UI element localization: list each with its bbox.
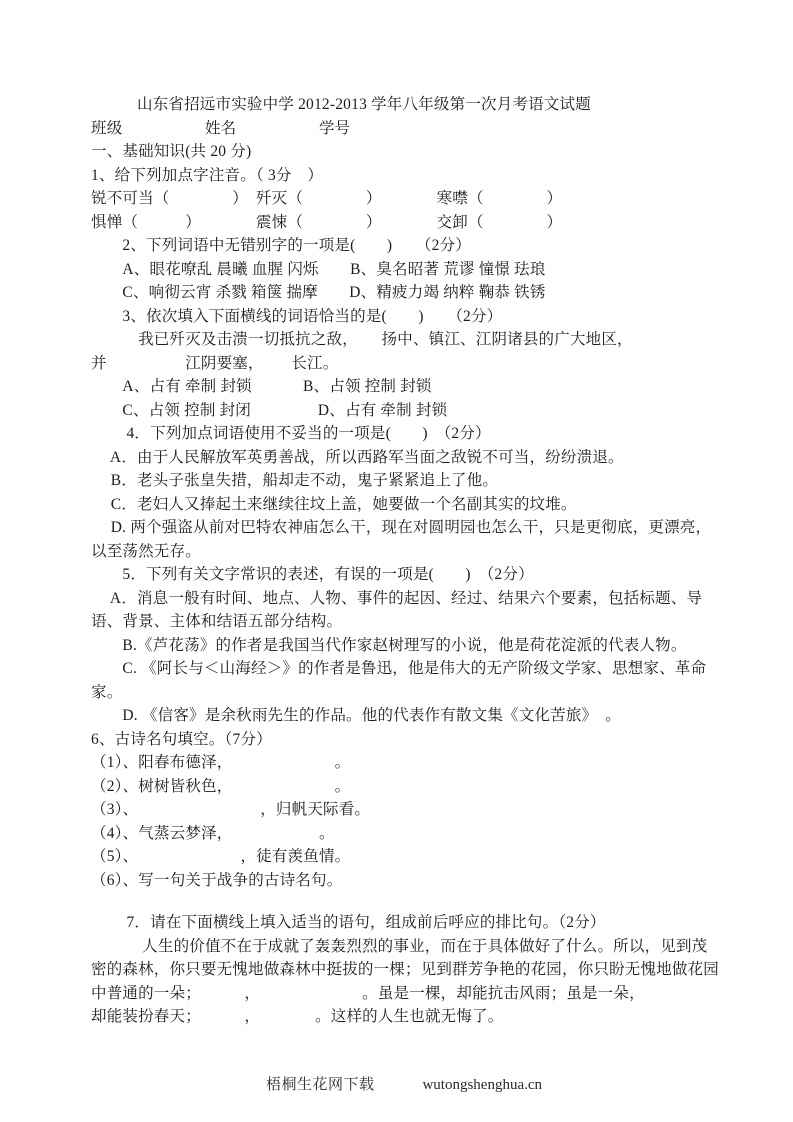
document-line: （5）、 ，徒有羡鱼情。 [91,845,775,869]
document-line: 人生的价值不在于成就了轰轰烈烈的事业，而在于具体做好了什么。所以，见到茂 [91,935,775,959]
document-line: 6、古诗名句填空。（7分） [91,728,775,752]
document-line: B.《芦花荡》的作者是我国当代作家赵树理写的小说，他是荷花淀派的代表人物。 [91,634,775,658]
document-line: C．老妇人又捧起土来继续往坟上盖，她要做一个名副其实的坟堆。 [91,493,775,517]
document-page: 山东省招远市实验中学 2012-2013 学年八年级第一次月考语文试题 班级 姓… [0,0,793,1122]
footer-site-name: 梧桐生花网下载 [266,1077,375,1093]
document-line: 我已歼灭及击溃一切抵抗之敌， 扬中、镇江、江阴诸县的广大地区， [91,328,775,352]
document-line: （3）、 ，归帆天际看。 [91,798,775,822]
document-line: B．老头子张皇失措，船却走不动，鬼子紧紧追上了他。 [91,469,775,493]
document-line: 5．下列有关文字常识的表述，有误的一项是( ) （2分） [91,563,775,587]
document-line: 语、背景、主体和结语五部分结构。 [91,610,775,634]
document-title: 山东省招远市实验中学 2012-2013 学年八年级第一次月考语文试题 [91,93,775,117]
document-line: A．消息一般有时间、地点、人物、事件的起因、经过、结果六个要素，包括标题、导 [91,587,775,611]
document-line [91,892,775,911]
document-content: 山东省招远市实验中学 2012-2013 学年八年级第一次月考语文试题 班级 姓… [91,93,775,1029]
document-line: 3、依次填入下面横线的词语恰当的是( ) （2分） [91,305,775,329]
document-line: 一、基础知识(共 20 分) [91,140,775,164]
document-line: 1、给下列加点字注音。（ 3分 ） [91,164,775,188]
document-line: 中普通的一朵； ， 。虽是一棵，却能抗击风雨；虽是一朵， [91,982,775,1006]
document-line: A、占有 牵制 封锁 B、占领 控制 封锁 [91,375,775,399]
document-line: 4．下列加点词语使用不妥当的一项是( ) （2分） [91,422,775,446]
footer-site-url: wutongshenghua.cn [422,1077,542,1093]
document-line: 并 江阴要塞， 长江。 [91,352,775,376]
document-line: （1）、阳春布德泽， 。 [91,751,775,775]
document-line: 7．请在下面横线上填入适当的语句，组成前后呼应的排比句。（2分） [91,911,775,935]
document-line: 密的森林，你只要无愧地做森林中挺拔的一棵；见到群芳争艳的花园，你只盼无愧地做花园 [91,958,775,982]
document-line: A．由于人民解放军英勇善战，所以西路军当面之敌锐不可当，纷纷溃退。 [91,446,775,470]
document-line: 惧惮（ ） 震悚（ ） 交卸（ ） [91,211,775,235]
document-line: 班级 姓名 学号 [91,117,775,141]
document-line: D. 两个强盗从前对巴特农神庙怎么干，现在对圆明园也怎么干，只是更彻底，更漂亮， [91,516,775,540]
document-line: （4）、气蒸云梦泽， 。 [91,822,775,846]
document-body: 班级 姓名 学号一、基础知识(共 20 分)1、给下列加点字注音。（ 3分 ）锐… [91,117,775,1029]
document-line: 2、下列词语中无错别字的一项是( ) （2分） [91,234,775,258]
document-line: 却能装扮春天； ， 。这样的人生也就无悔了。 [91,1005,775,1029]
document-line: C、响彻云宵 杀戮 箱箧 揣摩 D、精疲力竭 纳粹 鞠恭 铁锈 [91,281,775,305]
document-line: 家。 [91,681,775,705]
page-footer: 梧桐生花网下载wutongshenghua.cn [0,1052,793,1118]
document-line: （2）、树树皆秋色， 。 [91,775,775,799]
document-line: C. 《阿长与＜山海经＞》的作者是鲁迅，他是伟大的无产阶级文学家、思想家、革命 [91,657,775,681]
document-line: （6）、写一句关于战争的古诗名句。 [91,869,775,893]
document-line: D. 《信客》是余秋雨先生的作品。他的代表作有散文集《文化苦旅》 。 [91,704,775,728]
document-line: 锐不可当（ ） 歼灭（ ） 寒噤（ ） [91,187,775,211]
document-line: 以至荡然无存。 [91,540,775,564]
document-line: A、眼花嘹乱 晨曦 血腥 闪烁 B、臭名昭著 荒谬 憧憬 珐琅 [91,258,775,282]
document-line: C、占领 控制 封闭 D、占有 牵制 封锁 [91,399,775,423]
